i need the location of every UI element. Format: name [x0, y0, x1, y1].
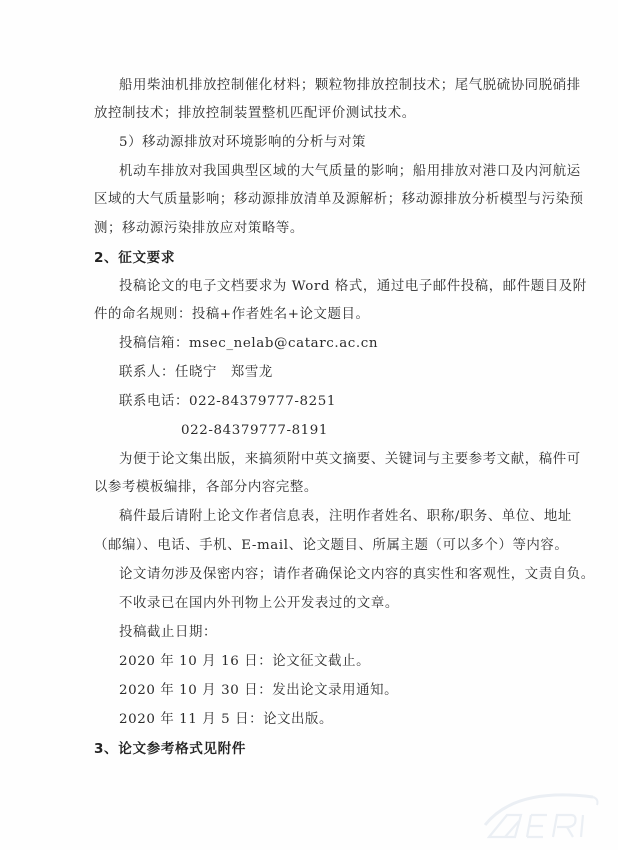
paragraph-line: 稿件最后请附上论文作者信息表，注明作者姓名、职称/职务、单位、地址 — [119, 509, 572, 525]
paragraph-line: 件的命名规则：投稿+作者姓名+论文题目。 — [94, 307, 369, 323]
aeri-logo-icon — [475, 785, 605, 845]
contact-persons: 联系人：任晓宁 郑雪龙 — [119, 365, 273, 381]
paragraph-line: 投稿论文的电子文档要求为 Word 格式，通过电子邮件投稿，邮件题目及附 — [119, 279, 587, 295]
paragraph-line: 放控制技术；排放控制装置整机匹配评价测试技术。 — [94, 106, 416, 122]
document-page: 船用柴油机排放控制催化材料；颗粒物排放控制技术；尾气脱硫协同脱硝排 放控制技术；… — [0, 0, 618, 850]
deadline-date: 2020 年 10 月 16 日：论文征文截止。 — [119, 654, 370, 670]
submission-email: 投稿信箱：msec_nelab@catarc.ac.cn — [119, 336, 378, 352]
confidentiality-note: 论文请勿涉及保密内容；请作者确保论文内容的真实性和客观性，文责自负。 — [119, 567, 595, 583]
paragraph-line: （邮编）、电话、手机、E-mail、论文题目、所属主题（可以多个）等内容。 — [94, 538, 568, 554]
deadline-date: 2020 年 10 月 30 日：发出论文录用通知。 — [119, 683, 398, 699]
paragraph-line: 测；移动源污染排放应对策略等。 — [94, 221, 304, 237]
deadline-label: 投稿截止日期： — [119, 625, 217, 641]
contact-phone-2: 022-84379777-8191 — [181, 423, 328, 439]
paragraph-line: 船用柴油机排放控制催化材料；颗粒物排放控制技术；尾气脱硫协同脱硝排 — [119, 78, 581, 94]
paragraph-line: 以参考模板编排，各部分内容完整。 — [94, 480, 318, 496]
deadline-date: 2020 年 11 月 5 日：论文出版。 — [119, 712, 333, 728]
section-heading-requirements: 2、征文要求 — [94, 250, 175, 266]
contact-phone-1: 联系电话：022-84379777-8251 — [119, 394, 336, 410]
section-heading-format: 3、论文参考格式见附件 — [94, 741, 246, 757]
paragraph-line: 为便于论文集出版，来搞须附中英文摘要、关键词与主要参考文献，稿件可 — [119, 452, 581, 468]
exclusion-note: 不收录已在国内外刊物上公开发表过的文章。 — [119, 596, 399, 612]
section-5-title: 5）移动源排放对环境影响的分析与对策 — [119, 135, 366, 151]
paragraph-line: 机动车排放对我国典型区域的大气质量的影响；船用排放对港口及内河航运 — [119, 164, 581, 180]
paragraph-line: 区域的大气质量影响；移动源排放清单及源解析；移动源排放分析模型与污染预 — [94, 192, 584, 208]
